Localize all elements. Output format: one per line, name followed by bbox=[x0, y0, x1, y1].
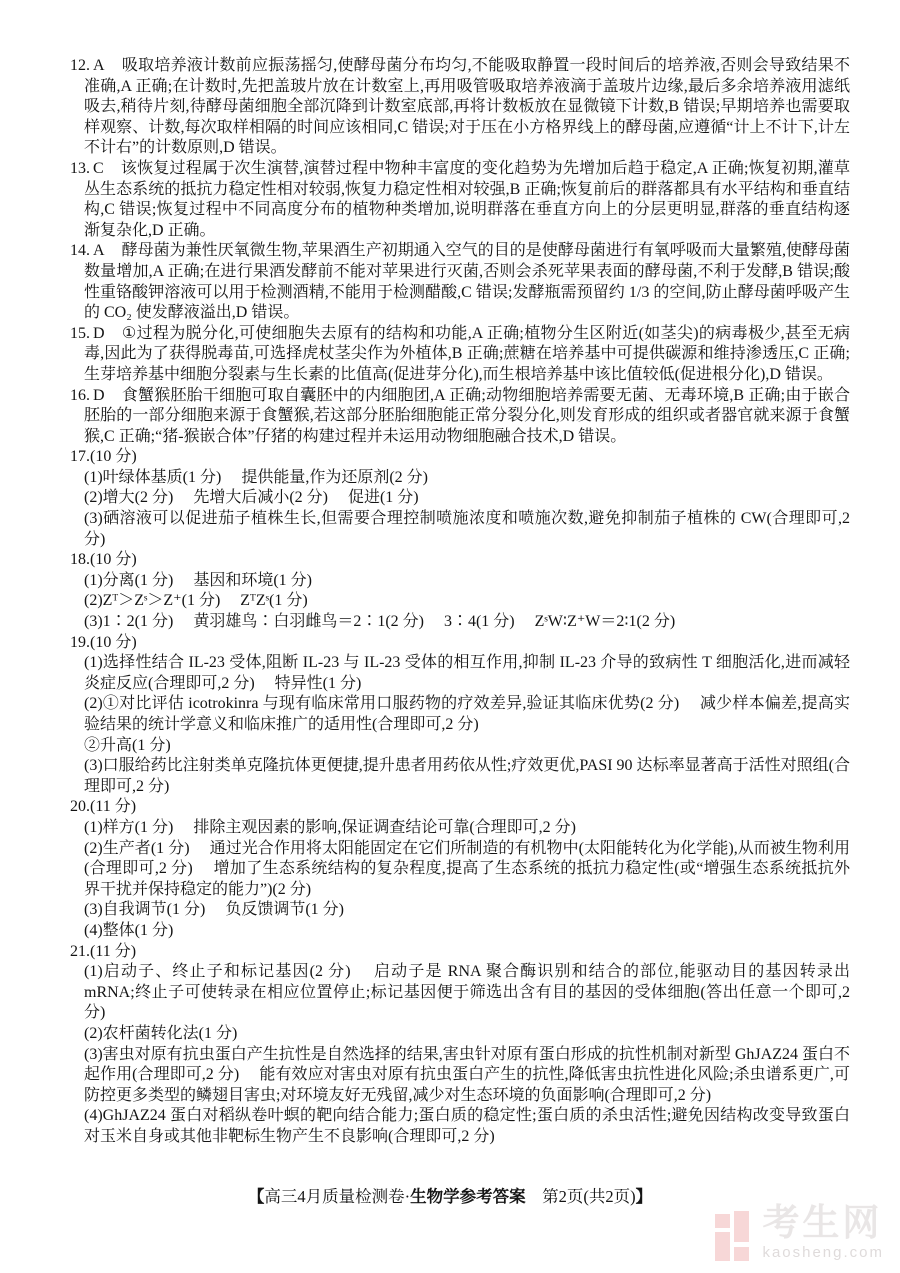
answer-letter: A bbox=[90, 242, 122, 259]
question-number: 21. bbox=[70, 943, 90, 960]
question-score: (10 分) bbox=[90, 448, 137, 465]
answer-item: (3)硒溶液可以促进茄子植株生长,但需要合理控制喷施浓度和喷施次数,避免抑制茄子… bbox=[70, 509, 850, 550]
footer-subject: 生物学参考答案 bbox=[410, 1187, 526, 1206]
explanation-text: 酵母菌为兼性厌氧微生物,苹果酒生产初期通入空气的目的是使酵母菌进行有氧呼吸而大量… bbox=[84, 242, 850, 321]
explanation-text: 吸取培养液计数前应振荡摇匀,使酵母菌分布均匀,不能吸取静置一段时间后的培养液,否… bbox=[84, 57, 850, 156]
answer-item: (1)样方(1 分) 排除主观因素的影响,保证调查结论可靠(合理即可,2 分) bbox=[70, 818, 850, 839]
answer-item: (3)口服给药比注射类单克隆抗体更便捷,提升患者用药依从性;疗效更优,PASI … bbox=[70, 756, 850, 797]
question-number: 14. bbox=[70, 242, 90, 259]
footer-bracket-open: 【 bbox=[248, 1187, 265, 1206]
question-header: 19.(10 分) bbox=[70, 633, 850, 654]
answer-item: (3)自我调节(1 分) 负反馈调节(1 分) bbox=[70, 900, 850, 921]
footer-series: 高三4月质量检测卷· bbox=[264, 1187, 410, 1206]
question-17: 17.(10 分) (1)叶绿体基质(1 分) 提供能量,作为还原剂(2 分) … bbox=[70, 447, 850, 550]
answer-item: (1)叶绿体基质(1 分) 提供能量,作为还原剂(2 分) bbox=[70, 468, 850, 489]
question-number: 16. bbox=[70, 387, 90, 404]
question-header: 21.(11 分) bbox=[70, 942, 850, 963]
answer-item: (1)分离(1 分) 基因和环境(1 分) bbox=[70, 571, 850, 592]
question-number: 18. bbox=[70, 551, 90, 568]
answer-letter: C bbox=[90, 160, 121, 177]
answer-item: (2)①对比评估 icotrokinra 与现有临床常用口服药物的疗效差异,验证… bbox=[70, 694, 850, 735]
question-number: 12. bbox=[70, 57, 90, 74]
question-number: 20. bbox=[70, 798, 90, 815]
answer-item: (2)生产者(1 分) 通过光合作用将太阳能固定在它们所制造的有机物中(太阳能转… bbox=[70, 839, 850, 901]
question-20: 20.(11 分) (1)样方(1 分) 排除主观因素的影响,保证调查结论可靠(… bbox=[70, 797, 850, 941]
question-19: 19.(10 分) (1)选择性结合 IL-23 受体,阻断 IL-23 与 I… bbox=[70, 633, 850, 798]
question-score: (10 分) bbox=[90, 634, 137, 651]
footer-page-info: 第2页(共2页) bbox=[526, 1187, 636, 1206]
explanation-text: 该恢复过程属于次生演替,演替过程中物种丰富度的变化趋势为先增加后趋于稳定,A 正… bbox=[84, 160, 850, 239]
answer-key-body: 12.A吸取培养液计数前应振荡摇匀,使酵母菌分布均匀,不能吸取静置一段时间后的培… bbox=[70, 56, 850, 1147]
answer-item: (4)GhJAZ24 蛋白对稻纵卷叶螟的靶向结合能力;蛋白质的稳定性;蛋白质的杀… bbox=[70, 1106, 850, 1147]
answer-item: (2)增大(2 分) 先增大后减小(2 分) 促进(1 分) bbox=[70, 488, 850, 509]
answer-key-page: 12.A吸取培养液计数前应振荡摇匀,使酵母菌分布均匀,不能吸取静置一段时间后的培… bbox=[0, 0, 900, 1273]
answer-letter: D bbox=[90, 387, 122, 404]
answer-item: (2)Zᵀ＞Zˢ＞Z⁺(1 分) ZᵀZˢ(1 分) bbox=[70, 591, 850, 612]
question-number: 15. bbox=[70, 325, 90, 342]
kaosheng-logo-icon bbox=[715, 1211, 753, 1261]
answer-item: (3)害虫对原有抗虫蛋白产生抗性是自然选择的结果,害虫针对原有蛋白形成的抗性机制… bbox=[70, 1045, 850, 1107]
question-21: 21.(11 分) (1)启动子、终止子和标记基因(2 分) 启动子是 RNA … bbox=[70, 942, 850, 1148]
kaosheng-watermark: 考生网 kaosheng.com bbox=[715, 1204, 884, 1261]
question-header: 17.(10 分) bbox=[70, 447, 850, 468]
kaosheng-en-label: kaosheng.com bbox=[762, 1244, 884, 1261]
question-16: 16.D食蟹猴胚胎干细胞可取自囊胚中的内细胞团,A 正确;动物细胞培养需要无菌、… bbox=[70, 386, 850, 448]
answer-letter: D bbox=[90, 325, 122, 342]
answer-item: (3)1∶2(1 分) 黄羽雄鸟∶白羽雌鸟＝2∶1(2 分) 3∶4(1 分) … bbox=[70, 612, 850, 633]
question-header: 20.(11 分) bbox=[70, 797, 850, 818]
question-number: 17. bbox=[70, 448, 90, 465]
question-18: 18.(10 分) (1)分离(1 分) 基因和环境(1 分) (2)Zᵀ＞Zˢ… bbox=[70, 550, 850, 632]
kaosheng-cn-label: 考生网 bbox=[762, 1204, 884, 1241]
answer-item: (2)农杆菌转化法(1 分) bbox=[70, 1024, 850, 1045]
answer-letter: A bbox=[90, 57, 122, 74]
explanation-text: ①过程为脱分化,可使细胞失去原有的结构和功能,A 正确;植物分生区附近(如茎尖)… bbox=[84, 325, 850, 383]
question-header: 18.(10 分) bbox=[70, 550, 850, 571]
question-13: 13.C该恢复过程属于次生演替,演替过程中物种丰富度的变化趋势为先增加后趋于稳定… bbox=[70, 159, 850, 241]
question-12: 12.A吸取培养液计数前应振荡摇匀,使酵母菌分布均匀,不能吸取静置一段时间后的培… bbox=[70, 56, 850, 159]
question-score: (11 分) bbox=[90, 798, 136, 815]
question-15: 15.D①过程为脱分化,可使细胞失去原有的结构和功能,A 正确;植物分生区附近(… bbox=[70, 324, 850, 386]
kaosheng-watermark-text: 考生网 kaosheng.com bbox=[762, 1204, 884, 1261]
question-score: (11 分) bbox=[90, 943, 136, 960]
answer-item: (1)启动子、终止子和标记基因(2 分) 启动子是 RNA 聚合酶识别和结合的部… bbox=[70, 962, 850, 1024]
footer-bracket-close: 】 bbox=[636, 1187, 653, 1206]
question-14: 14.A酵母菌为兼性厌氧微生物,苹果酒生产初期通入空气的目的是使酵母菌进行有氧呼… bbox=[70, 241, 850, 323]
answer-item: (4)整体(1 分) bbox=[70, 921, 850, 942]
explanation-text: 食蟹猴胚胎干细胞可取自囊胚中的内细胞团,A 正确;动物细胞培养需要无菌、无毒环境… bbox=[84, 387, 850, 445]
question-number: 13. bbox=[70, 160, 90, 177]
answer-item: (1)选择性结合 IL-23 受体,阻断 IL-23 与 IL-23 受体的相互… bbox=[70, 653, 850, 694]
question-score: (10 分) bbox=[90, 551, 137, 568]
question-number: 19. bbox=[70, 634, 90, 651]
answer-item: ②升高(1 分) bbox=[70, 736, 850, 757]
